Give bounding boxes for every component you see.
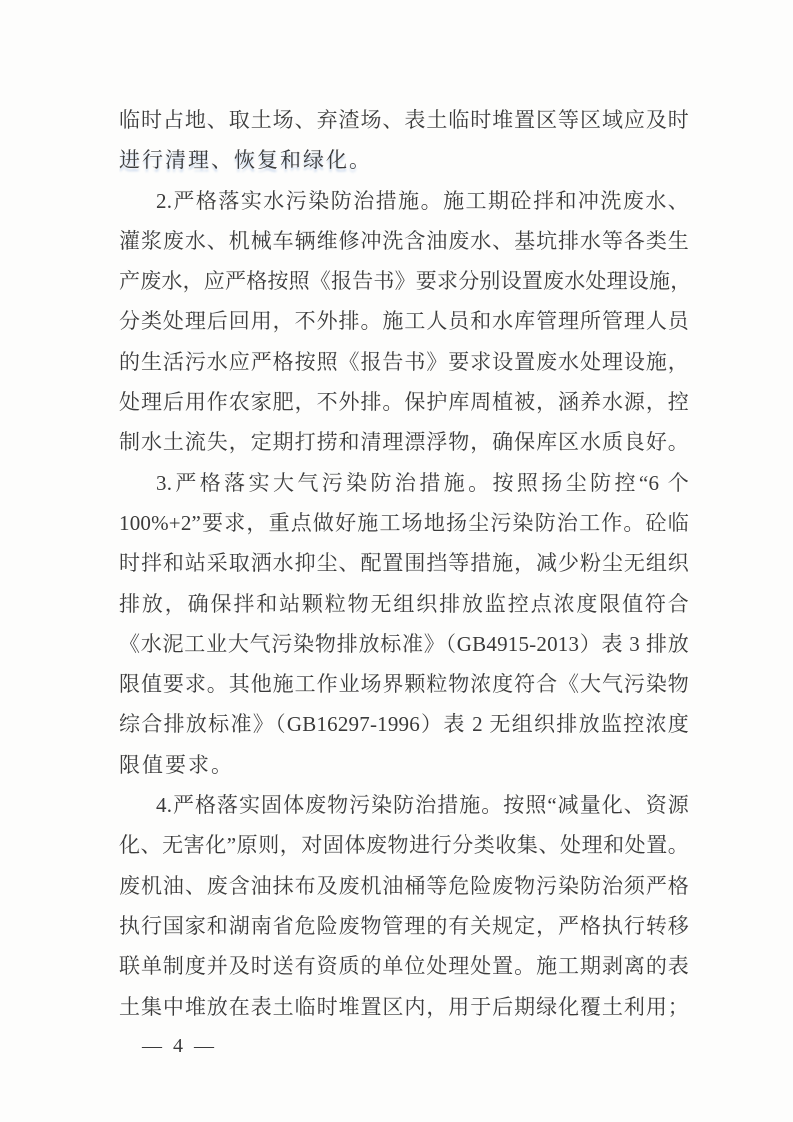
paragraph-item-4-solid-waste: 4.严格落实固体废物污染防治措施。按照“减量化、资源 化、无害化”原则，对固体废… — [119, 785, 689, 1027]
paragraph-item-2-water-pollution: 2.严格落实水污染防治措施。施工期砼拌和冲洗废水、 灌浆废水、机械车辆维修冲洗含… — [119, 181, 689, 463]
text-line: 灌浆废水、机械车辆维修冲洗含油废水、基坑排水等各类生 — [119, 221, 689, 261]
paragraph-item-3-air-pollution: 3.严格落实大气污染防治措施。按照扬尘防控“6 个 100%+2”要求，重点做好… — [119, 463, 689, 785]
text-line: 排放，确保拌和站颗粒物无组织排放监控点浓度限值符合 — [119, 584, 689, 624]
page-number: — 4 — — [142, 1026, 217, 1066]
text-line: 土集中堆放在表土临时堆置区内，用于后期绿化覆土利用； — [119, 987, 689, 1027]
text-line: 联单制度并及时送有资质的单位处理处置。施工期剥离的表 — [119, 946, 689, 986]
text-line: 3.严格落实大气污染防治措施。按照扬尘防控“6 个 — [119, 463, 689, 503]
text-line: 产废水，应严格按照《报告书》要求分别设置废水处理设施， — [119, 261, 689, 301]
text-line: 100%+2”要求，重点做好施工场地扬尘污染防治工作。砼临 — [119, 503, 689, 543]
text-line: 临时占地、取土场、弃渣场、表土临时堆置区等区域应及时 — [119, 100, 689, 140]
paragraph-continued-restoration: 临时占地、取土场、弃渣场、表土临时堆置区等区域应及时 进行清理、恢复和绿化。 — [119, 100, 689, 181]
page-body-text: 临时占地、取土场、弃渣场、表土临时堆置区等区域应及时 进行清理、恢复和绿化。 2… — [119, 100, 689, 1027]
text-line: 化、无害化”原则，对固体废物进行分类收集、处理和处置。 — [119, 825, 689, 865]
text-line: 执行国家和湖南省危险废物管理的有关规定，严格执行转移 — [119, 906, 689, 946]
text-line: 的生活污水应严格按照《报告书》要求设置废水处理设施， — [119, 342, 689, 382]
text-line: 4.严格落实固体废物污染防治措施。按照“减量化、资源 — [119, 785, 689, 825]
text-line: 限值要求。其他施工作业场界颗粒物浓度符合《大气污染物 — [119, 664, 689, 704]
text-line: 处理后用作农家肥，不外排。保护库周植被，涵养水源，控 — [119, 382, 689, 422]
text-line: 2.严格落实水污染防治措施。施工期砼拌和冲洗废水、 — [119, 181, 689, 221]
text-line: 制水土流失，定期打捞和清理漂浮物，确保库区水质良好。 — [119, 422, 689, 462]
text-line: 《水泥工业大气污染物排放标准》（GB4915-2013）表 3 排放 — [119, 624, 689, 664]
text-line: 限值要求。 — [119, 745, 689, 785]
document-page: 临时占地、取土场、弃渣场、表土临时堆置区等区域应及时 进行清理、恢复和绿化。 2… — [0, 0, 793, 1122]
text-line: 进行清理、恢复和绿化。 — [119, 140, 689, 180]
text-line: 分类处理后回用，不外排。施工人员和水库管理所管理人员 — [119, 301, 689, 341]
text-line: 综合排放标准》（GB16297-1996）表 2 无组织排放监控浓度 — [119, 704, 689, 744]
text-line: 废机油、废含油抹布及废机油桶等危险废物污染防治须严格 — [119, 866, 689, 906]
text-line: 时拌和站采取洒水抑尘、配置围挡等措施，减少粉尘无组织 — [119, 543, 689, 583]
